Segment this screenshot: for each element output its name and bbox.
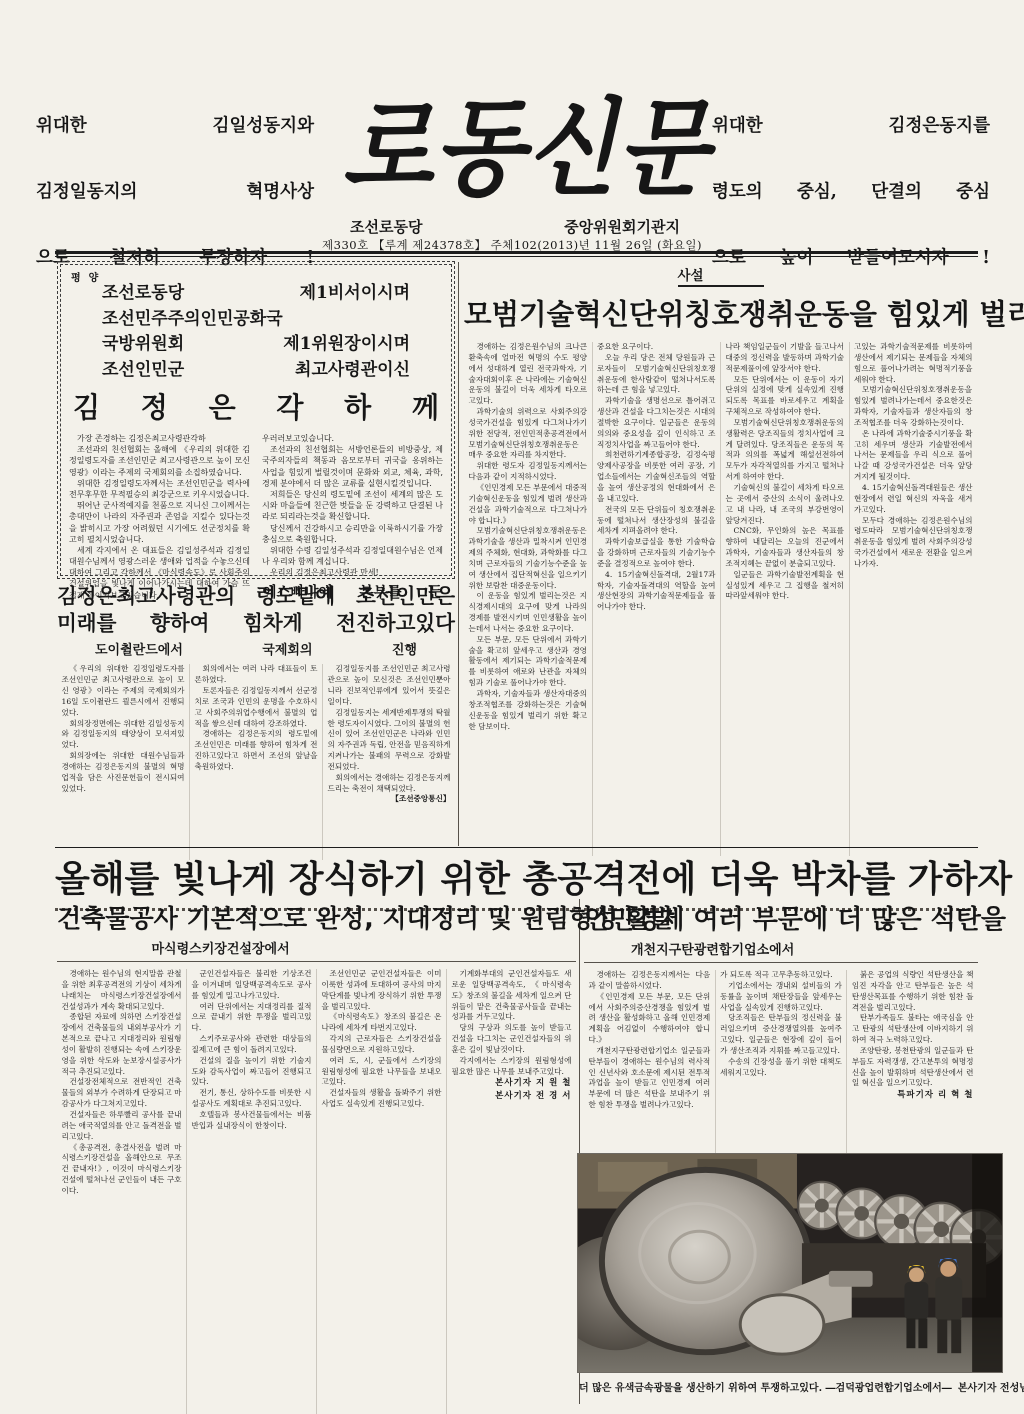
coal-column-1: 경애하는 김정은동지께서는 다음과 같이 말씀하시었다.《인민경제 모든 부문,… <box>584 970 715 1170</box>
letter-column-2: 우러러보고있습니다.조선과의 친선협회는 서방언론들의 비방중상, 제국주의자들… <box>262 433 443 601</box>
ski-columns: 경애하는 원수님의 현지말씀 관철을 위한 최후공격전의 기상이 세차게 나래치… <box>57 969 576 1414</box>
ski-column-4: 기계화부대의 군인건설자들도 새로운 일당백공격속도, 《마식령속도》창조의 불… <box>446 969 576 1414</box>
intl-headline-line1: 김정은최고사령관의 령도밑에 조선인민은 <box>57 583 455 610</box>
photo-caption: 더 많은 유색금속광물을 생산하기 위하여 투쟁하고있다. ―검덕광업련합기업소… <box>579 1379 1003 1394</box>
letter-title-block: 조선로동당 제1비서이시며 조선민주주의인민공화국 국방위원회 제1위원장이시며… <box>102 281 410 383</box>
ski-subhead: 마식령스키장건설장에서 <box>152 938 482 957</box>
slogan-left-line1: 위대한 김일성동지와 <box>36 112 314 137</box>
photo-caption-text: 더 많은 유색금속광물을 생산하기 위하여 투쟁하고있다. ―검덕광업련합기업소… <box>579 1379 952 1394</box>
letter-title-line3: 국방위원회 제1위원장이시며 <box>102 332 410 358</box>
coal-production-article: 인민경제 여러 부문에 더 많은 석탄을 개천지구탄광련합기업소에서 경애하는 … <box>584 899 978 1170</box>
intl-columns: 《우리의 위대한 김정일령도자를 조선인민군 최고사령관으로 높이 모신 영광》… <box>57 664 455 860</box>
coal-subhead-row: 개천지구탄광련합기업소에서 <box>584 939 978 963</box>
ski-byline-1: 본사기자 지 원 철 <box>452 1077 572 1089</box>
photo-illustration <box>578 1154 1002 1372</box>
coal-column-3-text: 붉은 공업의 식량인 석탄생산을 책임진 자각을 안고 탄부들은 높은 석탄생산… <box>852 970 974 1089</box>
coal-subhead: 개천지구탄광련합기업소에서 <box>631 939 931 958</box>
editorial-column-4: 고있는 과학기술적문제를 비롯하여 생산에서 제기되는 문제들을 자체의 힘으로… <box>849 342 978 856</box>
newspaper-logo: 로동신문 <box>342 64 688 232</box>
news-agency-credit: 【조선중앙통신】 <box>328 794 451 805</box>
editorial-columns: 경애하는 김정은원수님의 크나큰 환축속에 얼마전 혁명의 수도 평양에서 성대… <box>464 342 977 856</box>
intl-subhead: 도이췰란드에서 국제회의 진행 <box>95 639 417 658</box>
intl-column-2: 회의에서는 여러 나라 대표들이 토론하였다.토론자들은 김정일동지께서 선군정… <box>189 664 322 860</box>
ski-subhead-row: 마식령스키장건설장에서 <box>57 938 576 962</box>
editorial-column-2: 중요한 요구이다.오늘 우리 당은 전체 당원들과 근로자들이 모범기술혁신단위… <box>592 342 721 856</box>
coal-columns: 경애하는 김정은동지께서는 다음과 같이 말씀하시었다.《인민경제 모든 부문,… <box>584 970 978 1170</box>
coal-column-3: 붉은 공업의 식량인 석탄생산을 책임진 자각을 안고 탄부들은 높은 석탄생산… <box>846 970 978 1170</box>
coal-column-2: 가 되도록 적극 고무추동하고있다.기업소에서는 갱내외 설비들의 가동률을 높… <box>715 970 847 1170</box>
editorial-headline: 모범기술혁신단위칭호쟁취운동을 힘있게 벌리자 <box>464 292 977 333</box>
ski-column-4-text: 기계화부대의 군인건설자들도 새로운 일당백공격속도, 《마식령속도》창조의 불… <box>452 969 572 1077</box>
masikryong-ski-article: 건축물공사 기본적으로 완성, 지대정리 및 원림형성 활발 마식령스키장건설장… <box>57 899 576 1414</box>
editorial-column-1: 경애하는 김정은원수님의 크나큰 환축속에 얼마전 혁명의 수도 평양에서 성대… <box>464 342 592 856</box>
coal-byline: 특파기자 리 혁 철 <box>852 1089 974 1101</box>
letter-dateline-city: 평양 <box>71 269 106 284</box>
international-meeting-article: 김정은최고사령관의 령도밑에 조선인민은 미래를 향하여 힘차게 전진하고있다 … <box>57 583 455 860</box>
coal-headline: 인민경제 여러 부문에 더 많은 석탄을 <box>584 899 978 936</box>
mine-machinery-photo <box>577 1153 1003 1373</box>
intl-column-3: 김정일동지를 조선인민군 최고사령관으로 높이 모신것은 조선인민뿐아니라 진보… <box>322 664 455 860</box>
letter-to-leader-box: 평양 조선로동당 제1비서이시며 조선민주주의인민공화국 국방위원회 제1위원장… <box>57 261 455 579</box>
intl-column-1: 《우리의 위대한 김정일령도자를 조선인민군 최고사령관으로 높이 모신 영광》… <box>57 664 189 860</box>
editorial-article: 사설 모범기술혁신단위칭호쟁취운동을 힘있게 벌리자 경애하는 김정은원수님의 … <box>464 264 977 856</box>
slogan-right-line2: 령도의 중심, 단결의 중심 <box>712 178 990 203</box>
ski-column-3: 조선인민군 군인건설자들은 이미 이룩한 성과에 토대하여 공사의 마지막단계를… <box>316 969 446 1414</box>
intl-headline-line2: 미래를 향하여 힘차게 전진하고있다 <box>57 610 455 637</box>
intl-column-3-text: 김정일동지를 조선인민군 최고사령관으로 높이 모신것은 조선인민뿐아니라 진보… <box>328 664 451 794</box>
letter-title-line1: 조선로동당 제1비서이시며 <box>102 281 410 307</box>
vertical-divider-editorial <box>458 262 459 846</box>
editorial-label: 사설 <box>678 264 764 287</box>
ski-headline: 건축물공사 기본적으로 완성, 지대정리 및 원림형성 활발 <box>57 899 576 935</box>
letter-body: 가장 존경하는 김정은최고사령관각하조선과의 친선협회는 올해에 《우리의 위대… <box>69 433 443 601</box>
letter-title-line2: 조선민주주의인민공화국 <box>102 307 410 333</box>
editorial-column-3: 나라 책임일군들이 기발을 들고나서 대중의 정신력을 발동하며 과학기술적문제… <box>720 342 849 856</box>
letter-box-inner: 평양 조선로동당 제1비서이시며 조선민주주의인민공화국 국방위원회 제1위원장… <box>60 264 452 576</box>
letter-column-2-text: 우러러보고있습니다.조선과의 친선협회는 서방언론들의 비방중상, 제국주의자들… <box>262 433 443 578</box>
masthead-rule-thick <box>55 251 978 254</box>
slogan-left-line2: 김정일동지의 혁명사상 <box>36 178 314 203</box>
photo-credit: 본사기자 전성남 찍음 <box>958 1379 1024 1394</box>
ski-column-1: 경애하는 원수님의 현지말씀 관철을 위한 최후공격전의 기상이 세차게 나래치… <box>57 969 186 1414</box>
letter-addressee: 김 정 은 각 하 께 <box>73 386 439 426</box>
letter-title-line4: 조선인민군 최고사령관이신 <box>102 358 410 384</box>
letter-column-1: 가장 존경하는 김정은최고사령관각하조선과의 친선협회는 올해에 《우리의 위대… <box>69 433 250 601</box>
ski-byline-2: 본사기자 전 경 서 <box>452 1090 572 1102</box>
ski-column-2: 군인건설자들은 불리한 기상조건을 이겨내며 일당백공격속도로 공사를 힘있게 … <box>186 969 316 1414</box>
newspaper-front-page: 위대한 김일성동지와 김정일동지의 혁명사상 으로 철저히 무장하자 ! 로동신… <box>0 0 1024 1414</box>
section-divider-rule <box>55 847 978 848</box>
masthead-subtitle: 조선로동당 중앙위원회기관지 <box>350 216 680 237</box>
slogan-right-line1: 위대한 김정은동지를 <box>712 112 990 137</box>
masthead-rule-thin <box>55 256 978 257</box>
